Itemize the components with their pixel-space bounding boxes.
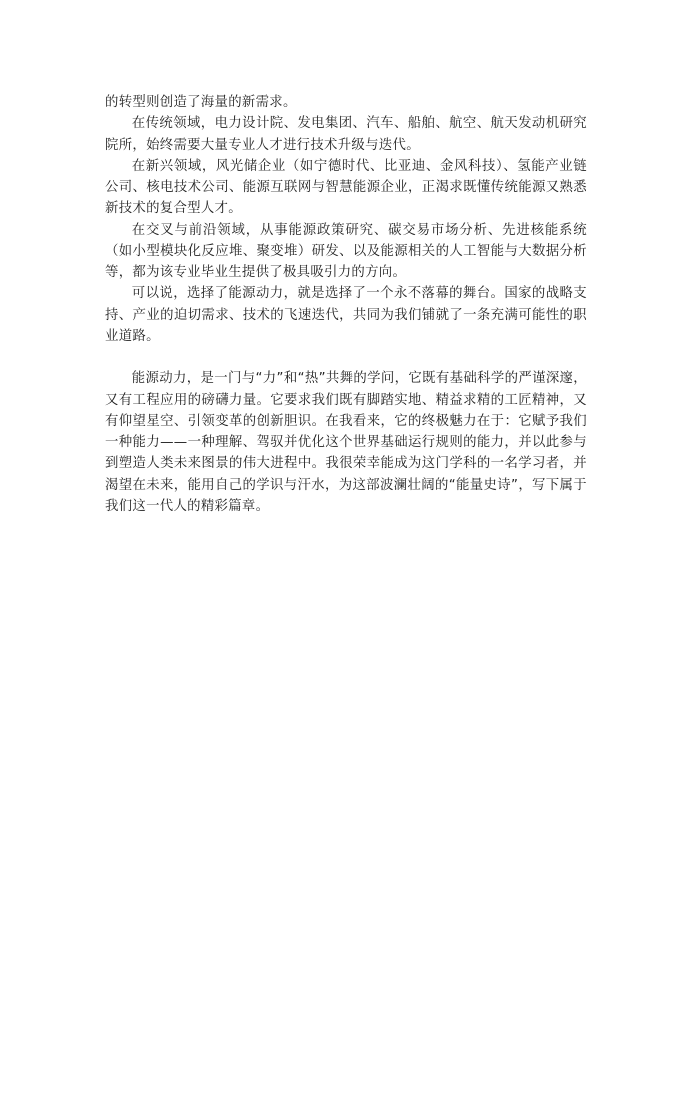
paragraph-emerging-fields: 在新兴领域，风光储企业（如宁德时代、比亚迪、金风科技）、氢能产业链公司、核电技术… — [105, 156, 587, 220]
paragraph-conclusion: 能源动力，是一门与“力”和“热”共舞的学问，它既有基础科学的严谨深邃，又有工程应… — [105, 368, 587, 517]
paragraph-continuation: 的转型则创造了海量的新需求。 — [105, 92, 587, 113]
paragraph-frontier-fields: 在交叉与前沿领域，从事能源政策研究、碳交易市场分析、先进核能系统（如小型模块化反… — [105, 220, 587, 284]
paragraph-spacer — [105, 347, 587, 368]
document-page: 的转型则创造了海量的新需求。 在传统领域，电力设计院、发电集团、汽车、船舶、航空… — [105, 92, 587, 517]
paragraph-traditional-fields: 在传统领域，电力设计院、发电集团、汽车、船舶、航空、航天发动机研究院所，始终需要… — [105, 113, 587, 156]
paragraph-career-summary: 可以说，选择了能源动力，就是选择了一个永不落幕的舞台。国家的战略支持、产业的迫切… — [105, 283, 587, 347]
